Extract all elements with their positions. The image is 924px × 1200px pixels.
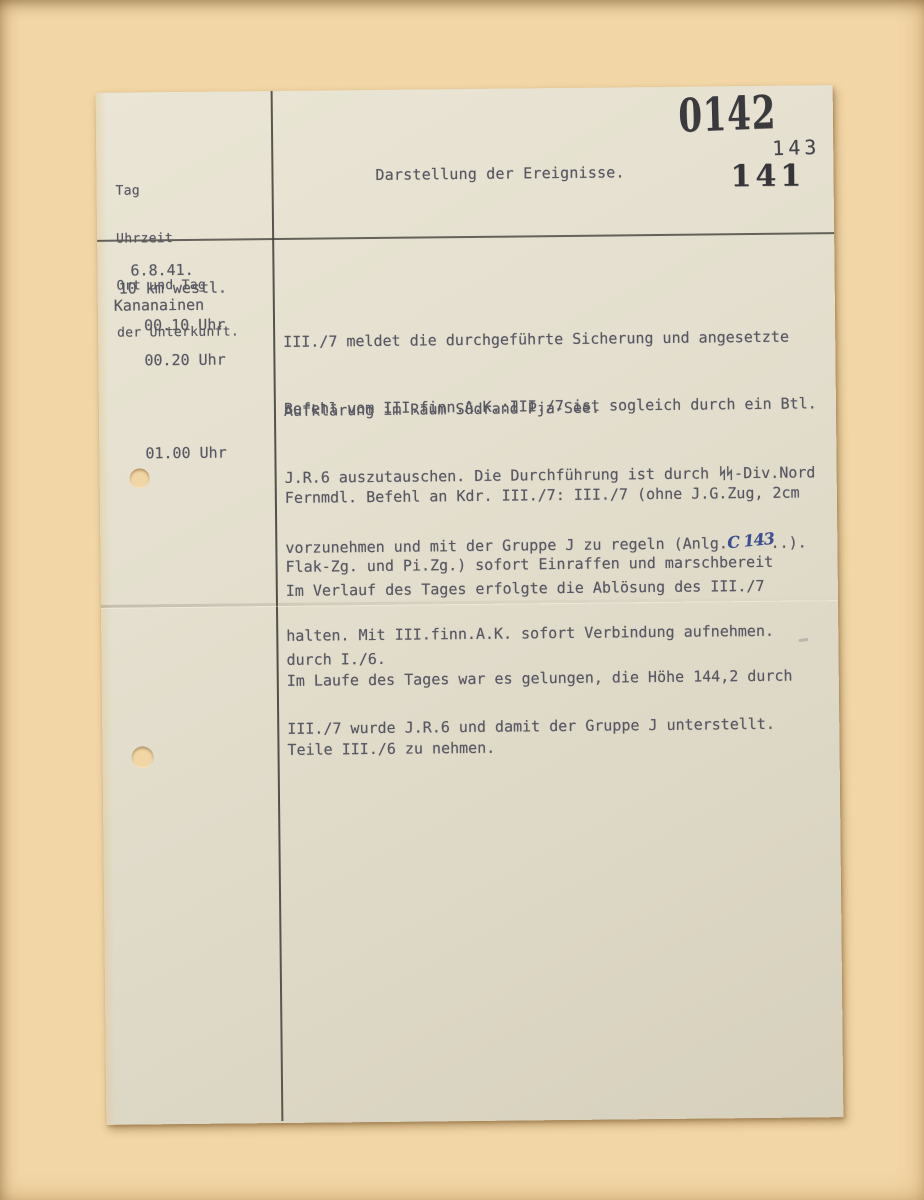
column-divider-line — [271, 91, 284, 1121]
event-text-line: Im Laufe des Tages war es gelungen, die … — [287, 665, 793, 693]
event-text-line: Fernmdl. Befehl an Kdr. III./7: III./7 (… — [285, 482, 800, 510]
header-line: Tag — [116, 183, 238, 200]
entry-time: 01.00 Uhr — [145, 444, 226, 463]
document-page: Tag Uhrzeit Ort und Tag der Unterkunft. … — [96, 85, 844, 1125]
event-paragraph: Im Laufe des Tages war es gelungen, die … — [286, 619, 794, 808]
entry-time: 00.10 Uhr — [144, 316, 225, 335]
event-text-line: Teile III./6 zu nehmen. — [287, 734, 793, 762]
archive-stamp-number: 0142 — [678, 85, 777, 143]
entry-date: 6.8.41. — [130, 261, 193, 280]
event-text-line: Im Verlauf des Tages erfolgte die Ablösu… — [286, 575, 774, 603]
entry-location-line: 10 km westl. — [119, 279, 228, 298]
pencil-smudge — [798, 638, 808, 642]
page-title: Darstellung der Ereignisse. — [375, 163, 624, 184]
scanned-war-diary-sheet: Tag Uhrzeit Ort und Tag der Unterkunft. … — [0, 0, 924, 1200]
event-text-line: Befehl vom III.finn.A.K.:III./7 ist sogl… — [284, 392, 817, 421]
punch-hole — [130, 468, 150, 488]
page-number-penciled: 143 — [772, 135, 821, 160]
entry-location-line: Kananainen — [114, 296, 204, 315]
page-number-stamped: 141 — [730, 158, 805, 194]
entry-time: 00.20 Uhr — [144, 351, 225, 370]
punch-hole — [131, 746, 153, 768]
header-line: Uhrzeit — [116, 230, 238, 247]
